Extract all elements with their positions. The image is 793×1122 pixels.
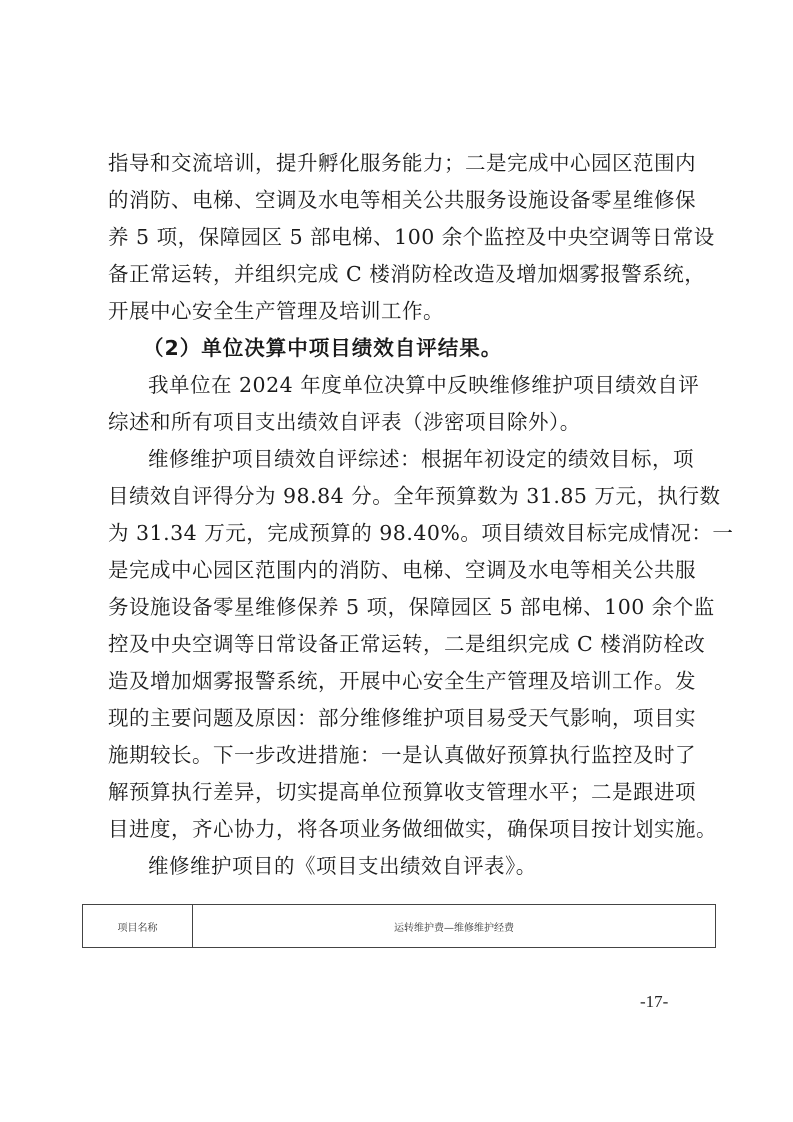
paragraph-line: 解预算执行差异，切实提高单位预算收支管理水平；二是跟进项 — [108, 774, 692, 811]
paragraph-line: 养 5 项，保障园区 5 部电梯、100 余个监控及中央空调等日常设 — [108, 219, 692, 256]
paragraph-line: 综述和所有项目支出绩效自评表（涉密项目除外）。 — [108, 404, 692, 441]
paragraph-line: 的消防、电梯、空调及水电等相关公共服务设施设备零星维修保 — [108, 182, 692, 219]
page-number: -17- — [640, 992, 668, 1012]
paragraph-line: 是完成中心园区范围内的消防、电梯、空调及水电等相关公共服 — [108, 552, 692, 589]
paragraph-line: 控及中央空调等日常设备正常运转，二是组织完成 C 楼消防栓改 — [108, 626, 692, 663]
project-table: 项目名称 运转维护费—维修维护经费 — [82, 904, 716, 948]
paragraph-line: 为 31.34 万元，完成预算的 98.40%。项目绩效目标完成情况：一 — [108, 515, 692, 552]
paragraph-line: 造及增加烟雾报警系统，开展中心安全生产管理及培训工作。发 — [108, 663, 692, 700]
document-page: 指导和交流培训，提升孵化服务能力；二是完成中心园区范围内 的消防、电梯、空调及水… — [0, 0, 793, 1122]
paragraph-line: 我单位在 2024 年度单位决算中反映维修维护项目绩效自评 — [148, 367, 692, 404]
paragraph-line: 指导和交流培训，提升孵化服务能力；二是完成中心园区范围内 — [108, 145, 692, 182]
paragraph-line: 施期较长。下一步改进措施：一是认真做好预算执行监控及时了 — [108, 737, 692, 774]
table-label-cell: 项目名称 — [83, 905, 193, 947]
paragraph-line: 目绩效自评得分为 98.84 分。全年预算数为 31.85 万元，执行数 — [108, 478, 692, 515]
paragraph-line: 备正常运转，并组织完成 C 楼消防栓改造及增加烟雾报警系统， — [108, 256, 692, 293]
table-value-cell: 运转维护费—维修维护经费 — [193, 905, 715, 947]
paragraph-line: 维修维护项目绩效自评综述：根据年初设定的绩效目标，项 — [148, 441, 692, 478]
section-heading: （2）单位决算中项目绩效自评结果。 — [143, 330, 692, 367]
paragraph-line: 务设施设备零星维修保养 5 项，保障园区 5 部电梯、100 余个监 — [108, 589, 692, 626]
table-intro: 维修维护项目的《项目支出绩效自评表》。 — [148, 848, 692, 885]
paragraph-line: 开展中心安全生产管理及培训工作。 — [108, 293, 692, 330]
paragraph-line: 现的主要问题及原因：部分维修维护项目易受天气影响，项目实 — [108, 700, 692, 737]
paragraph-line: 目进度，齐心协力，将各项业务做细做实，确保项目按计划实施。 — [108, 811, 692, 848]
